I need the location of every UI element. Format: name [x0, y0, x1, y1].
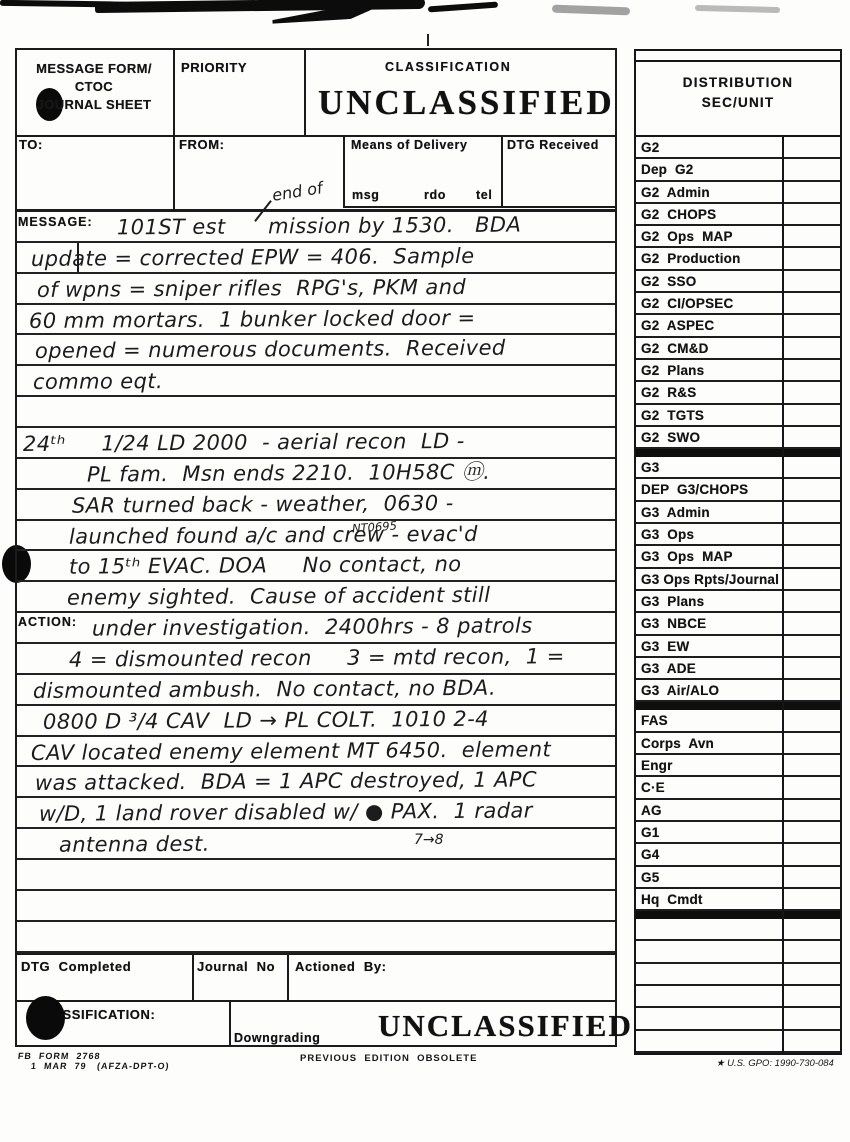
message-ruled-row: 101ST est mission by 1530. BDA: [17, 212, 615, 243]
message-ruled-row: CAV located enemy element MT 6450. eleme…: [17, 737, 615, 768]
handwritten-line: SAR turned back - weather, 0630 -: [17, 488, 615, 521]
distribution-row: G3 Admin: [636, 502, 840, 524]
previous-edition-note: PREVIOUS EDITION OBSOLETE: [300, 1053, 477, 1064]
handwritten-line: 0800 D ³/4 CAV LD → PL COLT. 1010 2-4: [17, 704, 615, 737]
classification-stamp-top: UNCLASSIFIED: [318, 83, 615, 123]
handwritten-line: 24ᵗʰ 1/24 LD 2000 - aerial recon LD -: [17, 426, 615, 459]
means-of-delivery-label: Means of Delivery: [351, 138, 468, 152]
message-ruled-row: opened = numerous documents. Received: [17, 335, 615, 366]
distribution-row: G3 ADE: [636, 658, 840, 680]
message-ruled-row: was attacked. BDA = 1 APC destroyed, 1 A…: [17, 767, 615, 798]
journal-no-label: Journal No: [197, 959, 275, 974]
distribution-empty-row: [636, 941, 840, 963]
message-ruled-row: 4 = dismounted recon 3 = mtd recon, 1 =: [17, 644, 615, 675]
handwritten-line: enemy sighted. Cause of accident still: [17, 580, 615, 613]
handwritten-line: antenna dest.: [17, 827, 615, 860]
classification-label: CLASSIFICATION: [385, 60, 511, 74]
handwritten-line: PL fam. Msn ends 2210. 10H58C ⓜ.: [17, 457, 615, 490]
distribution-row: G2 R&S: [636, 382, 840, 404]
message-ruled-row: of wpns = sniper rifles RPG's, PKM and: [17, 274, 615, 305]
form-number: FB FORM 2768: [17, 1051, 101, 1061]
handwritten-line: was attacked. BDA = 1 APC destroyed, 1 A…: [17, 765, 615, 798]
form-line: [15, 953, 617, 955]
message-ruled-row: [17, 397, 615, 428]
scan-smudge: [95, 0, 425, 13]
actioned-by-label: Actioned By:: [295, 959, 387, 974]
distribution-empty-row: [636, 1008, 840, 1030]
form-line: [343, 206, 617, 208]
message-ruled-row: [17, 891, 615, 922]
handwritten-line: commo eqt.: [17, 364, 615, 397]
distribution-row: G3 Air/ALO: [636, 680, 840, 702]
distribution-row: G3 EW: [636, 636, 840, 658]
distribution-row: DEP G3/CHOPS: [636, 479, 840, 501]
distribution-row: G3 Plans: [636, 591, 840, 613]
form-line: [192, 953, 194, 1000]
scan-smudge: [552, 5, 630, 16]
message-ruled-row: SAR turned back - weather, 0630 -: [17, 490, 615, 521]
distribution-row: G2 CI/OPSEC: [636, 293, 840, 315]
message-ruled-row: 60 mm mortars. 1 bunker locked door =: [17, 305, 615, 336]
distribution-row: Engr: [636, 755, 840, 777]
distribution-row: G2 SWO: [636, 427, 840, 449]
message-ruled-row: launched found a/c and crew - evac'd: [17, 521, 615, 552]
to-label: TO:: [19, 137, 43, 152]
scanned-message-form: MESSAGE FORM/ CTOC JOURNAL SHEET PRIORIT…: [0, 0, 850, 1142]
handwritten-line: 60 mm mortars. 1 bunker locked door =: [17, 302, 615, 335]
from-label: FROM:: [179, 137, 225, 152]
distribution-header: DISTRIBUTION SEC/UNIT: [636, 62, 840, 137]
distribution-row: Corps Avn: [636, 733, 840, 755]
distribution-row: G2 TGTS: [636, 405, 840, 427]
handwritten-line: dismounted ambush. No contact, no BDA.: [17, 673, 615, 706]
ink-blot: [26, 996, 65, 1040]
distribution-top-strip: [636, 51, 840, 62]
distribution-row: Hq Cmdt: [636, 889, 840, 911]
distribution-row: G2 ASPEC: [636, 315, 840, 337]
form-line: [15, 1000, 617, 1002]
action-label: ACTION:: [18, 615, 77, 629]
message-ruled-row: update = corrected EPW = 406. Sample: [17, 243, 615, 274]
handwritten-line: 4 = dismounted recon 3 = mtd recon, 1 =: [17, 642, 615, 675]
distribution-row: C·E: [636, 777, 840, 799]
handwritten-line: to 15ᵗʰ EVAC. DOA No contact, no: [17, 549, 615, 582]
message-ruled-row: commo eqt.: [17, 366, 615, 397]
distribution-empty-row: [636, 964, 840, 986]
message-lines: 101ST est mission by 1530. BDAupdate = c…: [17, 212, 615, 953]
distribution-subtitle: SEC/UNIT: [636, 93, 840, 113]
handwritten-line: of wpns = sniper rifles RPG's, PKM and: [17, 272, 615, 305]
message-ruled-row: 24ᵗʰ 1/24 LD 2000 - aerial recon LD -: [17, 428, 615, 459]
message-label: MESSAGE:: [18, 215, 93, 229]
distribution-title: DISTRIBUTION: [636, 73, 840, 93]
distribution-row: G3 Ops Rpts/Journal: [636, 569, 840, 591]
message-ruled-row: dismounted ambush. No contact, no BDA.: [17, 675, 615, 706]
distribution-row: G2: [636, 137, 840, 159]
downgrading-label: Downgrading: [234, 1031, 320, 1045]
distribution-row: G2 Plans: [636, 360, 840, 382]
handwritten-line: 101ST est mission by 1530. BDA: [17, 210, 615, 243]
scan-smudge: [428, 2, 498, 13]
distribution-row: G2 SSO: [636, 271, 840, 293]
message-ruled-row: under investigation. 2400hrs - 8 patrols: [17, 613, 615, 644]
means-option-msg: msg: [352, 188, 380, 202]
distribution-row: FAS: [636, 710, 840, 732]
distribution-rows: G2Dep G2G2 AdminG2 CHOPSG2 Ops MAPG2 Pro…: [636, 137, 840, 1053]
form-title: MESSAGE FORM/ CTOC JOURNAL SHEET: [15, 48, 173, 135]
message-ruled-row: [17, 922, 615, 953]
handwritten-line: w/D, 1 land rover disabled w/ ● PAX. 1 r…: [17, 796, 615, 829]
distribution-row: G2 Admin: [636, 182, 840, 204]
scan-smudge: [695, 5, 780, 13]
message-ruled-row: 0800 D ³/4 CAV LD → PL COLT. 1010 2-4: [17, 706, 615, 737]
priority-label: PRIORITY: [181, 60, 247, 75]
distribution-row: G2 CM&D: [636, 338, 840, 360]
means-option-tel: tel: [476, 188, 492, 202]
form-line: [15, 135, 617, 137]
handwritten-line: under investigation. 2400hrs - 8 patrols: [17, 611, 615, 644]
handwritten-line: update = corrected EPW = 406. Sample: [17, 241, 615, 274]
distribution-row: AG: [636, 800, 840, 822]
dtg-received-label: DTG Received: [507, 138, 599, 152]
form-date: 1 MAR 79 (AFZA-DPT-O): [30, 1061, 170, 1071]
handwritten-line: opened = numerous documents. Received: [17, 333, 615, 366]
distribution-row: Dep G2: [636, 159, 840, 181]
handwritten-line: CAV located enemy element MT 6450. eleme…: [17, 735, 615, 768]
distribution-section-divider: [636, 702, 840, 710]
message-ruled-row: enemy sighted. Cause of accident still: [17, 582, 615, 613]
distribution-empty-row: [636, 919, 840, 941]
distribution-table: DISTRIBUTION SEC/UNIT G2Dep G2G2 AdminG2…: [634, 49, 842, 1055]
distribution-check-column-line: [782, 137, 784, 1053]
distribution-row: G3 NBCE: [636, 613, 840, 635]
distribution-row: G4: [636, 844, 840, 866]
means-option-rdo: rdo: [424, 188, 446, 202]
form-line: [501, 135, 503, 206]
distribution-row: G2 Ops MAP: [636, 226, 840, 248]
distribution-row: G3 Ops MAP: [636, 546, 840, 568]
message-ruled-row: antenna dest.: [17, 829, 615, 860]
form-line: [287, 953, 289, 1000]
dtg-completed-label: DTG Completed: [21, 959, 131, 974]
distribution-row: G3: [636, 457, 840, 479]
distribution-empty-row: [636, 1031, 840, 1053]
form-line: [304, 48, 306, 135]
classification-stamp-bottom: UNCLASSIFIED: [378, 1008, 633, 1044]
distribution-row: G1: [636, 822, 840, 844]
gpo-note: ★ U.S. GPO: 1990-730-084: [716, 1058, 834, 1069]
distribution-row: G3 Ops: [636, 524, 840, 546]
message-ruled-row: to 15ᵗʰ EVAC. DOA No contact, no: [17, 551, 615, 582]
scan-tick-mark: [427, 34, 429, 46]
message-ruled-row: w/D, 1 land rover disabled w/ ● PAX. 1 r…: [17, 798, 615, 829]
distribution-section-divider: [636, 449, 840, 457]
distribution-section-divider: [636, 911, 840, 919]
distribution-row: G5: [636, 867, 840, 889]
handwritten-pax-correction: 7→8: [414, 832, 444, 848]
distribution-row: G2 Production: [636, 248, 840, 270]
message-ruled-row: [17, 860, 615, 891]
message-ruled-row: PL fam. Msn ends 2210. 10H58C ⓜ.: [17, 459, 615, 490]
form-line: [229, 1000, 231, 1047]
distribution-row: G2 CHOPS: [636, 204, 840, 226]
distribution-empty-row: [636, 986, 840, 1008]
form-line: [173, 48, 175, 212]
form-line: [343, 135, 345, 206]
handwritten-line: launched found a/c and crew - evac'd: [17, 519, 615, 552]
